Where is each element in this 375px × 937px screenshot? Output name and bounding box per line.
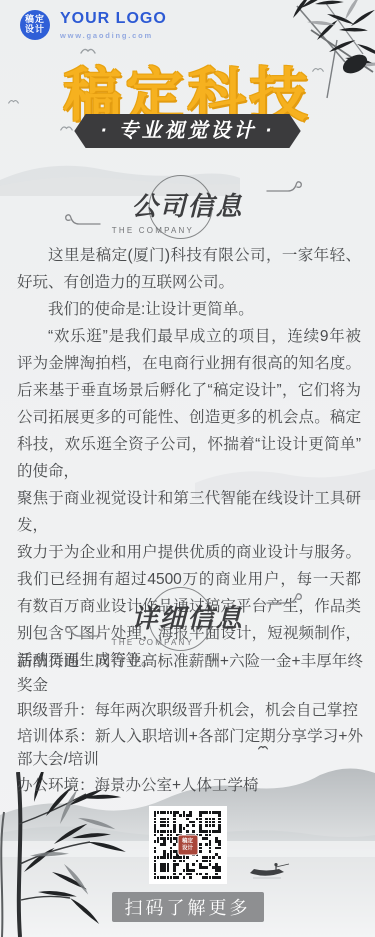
subtitle-ribbon: · 专业视觉设计 · — [74, 114, 300, 148]
fishing-boat-icon — [250, 863, 289, 878]
brand-website: www.gaoding.com — [60, 31, 167, 40]
header: 稿定 设计 YOUR LOGO www.gaoding.com — [20, 10, 167, 40]
section-header-company: 公司信息 THE COMPANY — [0, 176, 375, 237]
benefit-item: 培训体系：新人入职培训+各部门定期分享学习+外部大会/培训 — [17, 725, 363, 772]
cloud-swirl-icon — [266, 178, 302, 196]
section-header-inner: 详细信息 THE COMPANY — [131, 588, 243, 649]
benefit-list: 薪酬待遇：同行业高标准薪酬+六险一金+丰厚年终奖金职级晋升：每年两次职级晋升机会… — [17, 650, 363, 799]
scan-more-button[interactable]: 扫码了解更多 — [112, 892, 264, 922]
company-paragraph: 我们的使命是:让设计更简单。 — [17, 296, 361, 323]
ribbon-row: · 专业视觉设计 · — [0, 114, 375, 148]
section-subtitle: THE COMPANY — [112, 226, 194, 235]
cloud-swirl-icon — [65, 623, 101, 641]
cloud-swirl-icon — [65, 211, 101, 229]
benefit-item: 办公环境：海景办公室+人体工学椅 — [17, 774, 363, 798]
qr-center-logo: 稿定 设计 — [177, 835, 198, 856]
qr-code: 稿定 设计 — [149, 806, 227, 884]
logo-badge-line2: 设计 — [25, 25, 45, 35]
poster-page: 稿定 设计 YOUR LOGO www.gaoding.com 稿定科技 · 专… — [0, 0, 375, 937]
benefit-item: 职级晋升：每年两次职级晋升机会，机会自己掌控 — [17, 699, 363, 723]
qr-logo-line2: 设计 — [182, 845, 193, 851]
logo-badge: 稿定 设计 — [20, 10, 50, 40]
company-paragraph: 这里是稿定(厦门)科技有限公司，一家年轻、好玩、有创造力的互联网公司。 — [17, 242, 361, 296]
section-subtitle: THE COMPANY — [112, 638, 194, 647]
company-paragraph: 聚焦于商业视觉设计和第三代智能在线设计工具研发， — [17, 485, 361, 539]
brand-block: YOUR LOGO www.gaoding.com — [60, 10, 167, 40]
section-title: 详细信息 — [131, 603, 243, 633]
benefit-item: 薪酬待遇：同行业高标准薪酬+六险一金+丰厚年终奖金 — [17, 650, 363, 697]
cloud-swirl-icon — [266, 590, 302, 608]
section-header-details: 详细信息 THE COMPANY — [0, 588, 375, 649]
section-header-inner: 公司信息 THE COMPANY — [131, 176, 243, 237]
company-paragraph: “欢乐逛”是我们最早成立的项目，连续9年被评为金牌淘拍档，在电商行业拥有很高的知… — [17, 323, 361, 485]
section-title: 公司信息 — [131, 191, 243, 221]
brand-name: YOUR LOGO — [60, 10, 167, 28]
